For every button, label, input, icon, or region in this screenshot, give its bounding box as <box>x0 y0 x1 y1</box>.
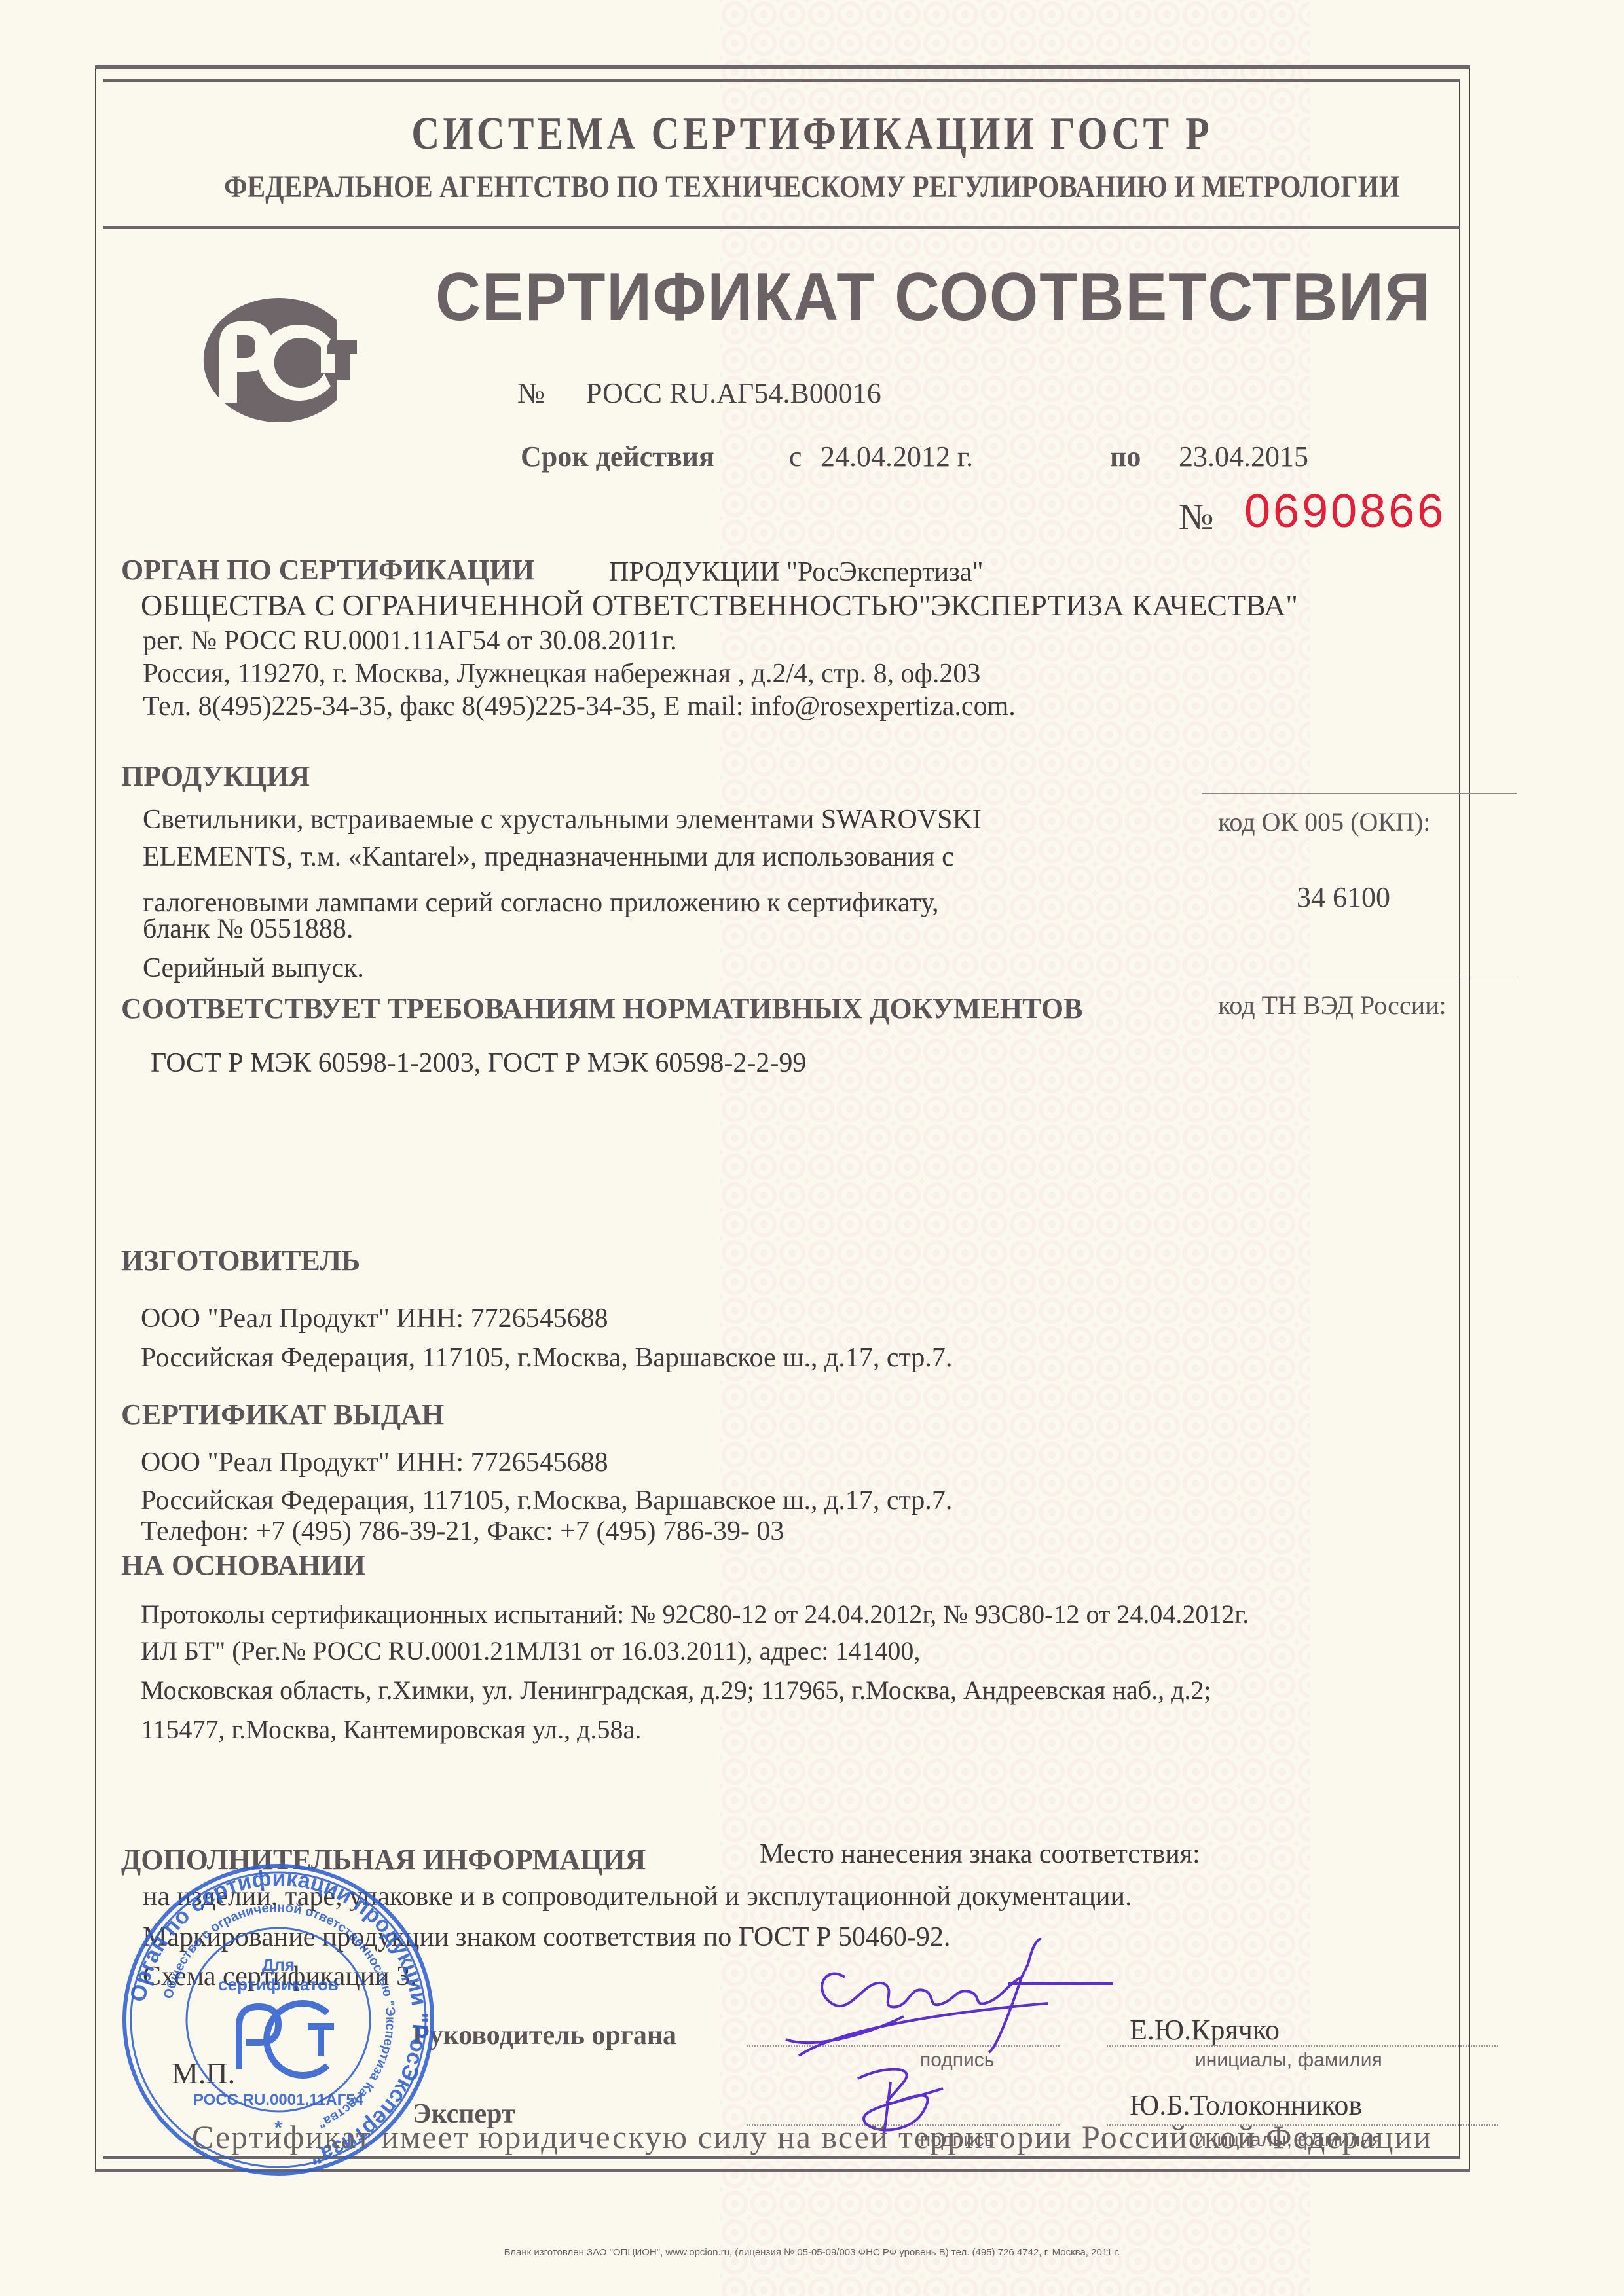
blank-number-label: № <box>1179 496 1213 538</box>
tnved-label: код ТН ВЭД России: <box>1218 990 1447 1021</box>
issued-to-address: Российская Федерация, 117105, г.Москва, … <box>141 1485 952 1516</box>
printer-info: Бланк изготовлен ЗАО "ОПЦИОН", www.opcio… <box>0 2247 1624 2258</box>
basis-label: НА ОСНОВАНИИ <box>121 1548 365 1582</box>
agency-title: ФЕДЕРАЛЬНОЕ АГЕНТСТВО ПО ТЕХНИЧЕСКОМУ РЕ… <box>114 169 1511 205</box>
product-line: Светильники, встраиваемые с хрустальными… <box>143 804 982 835</box>
certification-body-line: ОБЩЕСТВА С ОГРАНИЧЕННОЙ ОТВЕТСТВЕННОСТЬЮ… <box>141 588 1298 623</box>
rst-mark-icon <box>190 295 360 426</box>
issued-to-label: СЕРТИФИКАТ ВЫДАН <box>121 1398 444 1431</box>
manufacturer-label: ИЗГОТОВИТЕЛЬ <box>121 1244 360 1277</box>
expert-name: Ю.Б.Толоконников <box>1130 2088 1362 2122</box>
issued-to-contacts: Телефон: +7 (495) 786-39-21, Факс: +7 (4… <box>141 1516 784 1547</box>
certification-body-line: ПРОДУКЦИИ "РосЭкспертиза" <box>609 556 984 588</box>
header-rule <box>103 226 1460 229</box>
stamp-center-top: Для <box>262 1955 295 1975</box>
certification-body-label: ОРГАН ПО СЕРТИФИКАЦИИ <box>121 553 534 587</box>
stamp-reg: РОСС RU.0001.11АГ54 <box>193 2091 364 2109</box>
head-name: Е.Ю.Крячко <box>1130 2013 1280 2047</box>
okp-label: код ОК 005 (ОКП): <box>1218 807 1430 837</box>
basis-line: ИЛ БТ" (Рег.№ РОСС RU.0001.21МЛ31 от 16.… <box>141 1635 920 1666</box>
basis-line: Московская область, г.Химки, ул. Ленингр… <box>141 1675 1211 1705</box>
head-signature-icon <box>773 1938 1139 2069</box>
manufacturer-address: Российская Федерация, 117105, г.Москва, … <box>141 1342 952 1374</box>
legal-notice: Сертификат имеет юридическую силу на все… <box>0 2118 1624 2156</box>
issued-to-name: ООО "Реал Продукт" ИНН: 7726545688 <box>141 1447 608 1478</box>
certification-body-address: Россия, 119270, г. Москва, Лужнецкая наб… <box>143 658 980 689</box>
validity-from: 24.04.2012 г. <box>821 440 973 473</box>
certificate-title: СЕРТИФИКАТ СООТВЕТСТВИЯ <box>435 259 1431 337</box>
manufacturer-name: ООО "Реал Продукт" ИНН: 7726545688 <box>141 1303 608 1334</box>
stamp-center-mid: сертификатов <box>218 1975 339 1994</box>
stamp-rst-icon <box>239 2003 334 2075</box>
validity-from-prefix: с <box>789 440 802 473</box>
head-name-line <box>1107 2045 1500 2047</box>
conformity-documents: ГОСТ Р МЭК 60598-1-2003, ГОСТ Р МЭК 6059… <box>151 1048 806 1079</box>
blank-number: 0690866 <box>1244 484 1446 538</box>
product-line: ELEMENTS, т.м. «Kantarel», предназначенн… <box>143 841 954 873</box>
product-label: ПРОДУКЦИЯ <box>121 759 310 793</box>
okp-value: 34 6100 <box>1297 881 1390 914</box>
additional-info-intro: Место нанесения знака соответствия: <box>760 1838 1200 1870</box>
basis-line: 115477, г.Москва, Кантемировская ул., д.… <box>141 1714 641 1745</box>
cert-number: РОСС RU.АГ54.В00016 <box>586 376 881 410</box>
validity-to-label: по <box>1110 440 1141 473</box>
basis-line: Протоколы сертификационных испытаний: № … <box>141 1599 1249 1630</box>
product-serial: Серийный выпуск. <box>143 953 364 984</box>
validity-to: 23.04.2015 <box>1179 440 1308 473</box>
top-rule-outer <box>95 65 1470 69</box>
conformity-label: СООТВЕТСТВУЕТ ТРЕБОВАНИЯМ НОРМАТИВНЫХ ДО… <box>121 992 1083 1025</box>
certification-body-reg: рег. № РОСС RU.0001.11АГ54 от 30.08.2011… <box>143 625 677 657</box>
head-of-body-label: Руководитель органа <box>413 2020 676 2051</box>
cert-number-label: № <box>517 376 545 410</box>
product-line: бланк № 0551888. <box>143 913 353 945</box>
top-rule-inner <box>103 79 1460 82</box>
certification-body-contacts: Тел. 8(495)225-34-35, факс 8(495)225-34-… <box>143 691 1016 722</box>
validity-label: Срок действия <box>521 440 714 473</box>
system-title: СИСТЕМА СЕРТИФИКАЦИИ ГОСТ Р <box>122 108 1502 160</box>
head-name-caption: инициалы, фамилия <box>1195 2049 1382 2071</box>
